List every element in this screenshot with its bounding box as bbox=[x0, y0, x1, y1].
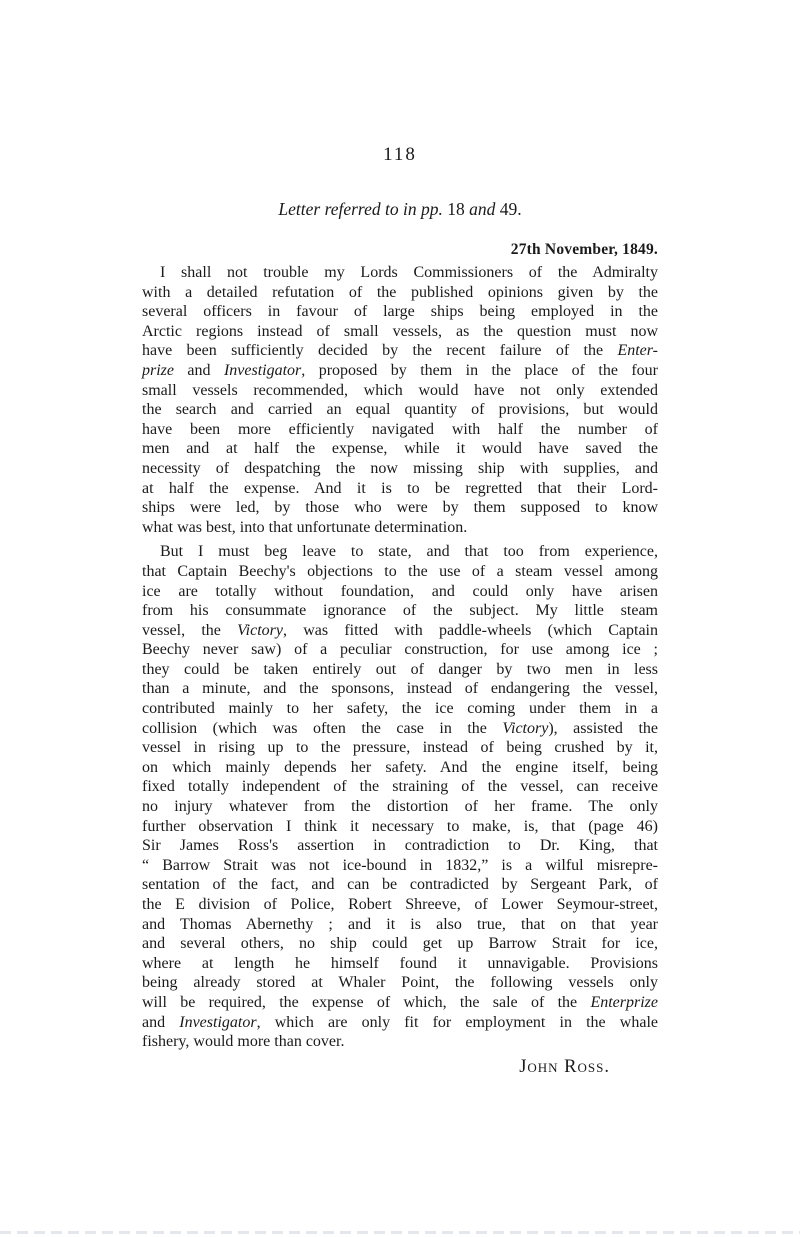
text-line: Arctic regions instead of small vessels,… bbox=[142, 322, 658, 342]
text-line: sentation of the fact, and can be contra… bbox=[142, 875, 658, 895]
text-line: and Thomas Abernethy ; and it is also tr… bbox=[142, 915, 658, 935]
text-line: they could be taken entirely out of dang… bbox=[142, 660, 658, 680]
text-line: several officers in favour of large ship… bbox=[142, 302, 658, 322]
text-line: contributed mainly to her safety, the ic… bbox=[142, 699, 658, 719]
text-line: the E division of Police, Robert Shreeve… bbox=[142, 895, 658, 915]
text-line: being already stored at Whaler Point, th… bbox=[142, 973, 658, 993]
text-line: what was best, into that unfortunate det… bbox=[142, 518, 658, 538]
text-line: from his consummate ignorance of the sub… bbox=[142, 601, 658, 621]
text-line: Beechy never saw) of a peculiar construc… bbox=[142, 640, 658, 660]
text-line: fixed totally independent of the straini… bbox=[142, 777, 658, 797]
text-line: men and at half the expense, while it wo… bbox=[142, 439, 658, 459]
text-line: necessity of despatching the now missing… bbox=[142, 459, 658, 479]
text-line: than a minute, and the sponsons, instead… bbox=[142, 679, 658, 699]
text-line: and Investigator, which are only fit for… bbox=[142, 1013, 658, 1033]
text-line: no injury whatever from the distortion o… bbox=[142, 797, 658, 817]
text-line: and several others, no ship could get up… bbox=[142, 934, 658, 954]
text-line: at half the expense. And it is to be reg… bbox=[142, 479, 658, 499]
signature: John Ross. bbox=[142, 1057, 658, 1078]
text-line: “ Barrow Strait was not ice-bound in 183… bbox=[142, 856, 658, 876]
text-line: Sir James Ross's assertion in contradict… bbox=[142, 836, 658, 856]
section-heading: Letter referred to in pp. 18 and 49. bbox=[142, 199, 658, 220]
text-line: But I must beg leave to state, and that … bbox=[142, 542, 658, 562]
text-line: the search and carried an equal quantity… bbox=[142, 400, 658, 420]
text-line: I shall not trouble my Lords Commissione… bbox=[142, 263, 658, 283]
text-line: where at length he himself found it unna… bbox=[142, 954, 658, 974]
document-page: 118 Letter referred to in pp. 18 and 49.… bbox=[0, 0, 800, 1237]
text-line: small vessels recommended, which would h… bbox=[142, 381, 658, 401]
scan-edge-artifact bbox=[0, 1231, 800, 1234]
text-line: vessel, the Victory, was fitted with pad… bbox=[142, 621, 658, 641]
letter-dateline: 27th November, 1849. bbox=[142, 241, 658, 259]
text-line: will be required, the expense of which, … bbox=[142, 993, 658, 1013]
text-line: that Captain Beechy's objections to the … bbox=[142, 562, 658, 582]
text-block: 118 Letter referred to in pp. 18 and 49.… bbox=[142, 144, 658, 1078]
text-line: prize and Investigator, proposed by them… bbox=[142, 361, 658, 381]
paragraph: But I must beg leave to state, and that … bbox=[142, 542, 658, 1051]
text-line: have been sufficiently decided by the re… bbox=[142, 341, 658, 361]
text-line: ice are totally without foundation, and … bbox=[142, 582, 658, 602]
text-line: have been more efficiently navigated wit… bbox=[142, 420, 658, 440]
page-number: 118 bbox=[142, 144, 658, 166]
text-line: ships were led, by those who were by the… bbox=[142, 498, 658, 518]
text-line: further observation I think it necessary… bbox=[142, 817, 658, 837]
text-line: with a detailed refutation of the publis… bbox=[142, 283, 658, 303]
text-line: collision (which was often the case in t… bbox=[142, 719, 658, 739]
paragraph: I shall not trouble my Lords Commissione… bbox=[142, 263, 658, 537]
text-line: vessel in rising up to the pressure, ins… bbox=[142, 738, 658, 758]
letter-body: I shall not trouble my Lords Commissione… bbox=[142, 263, 658, 1052]
text-line: fishery, would more than cover. bbox=[142, 1032, 658, 1052]
text-line: on which mainly depends her safety. And … bbox=[142, 758, 658, 778]
